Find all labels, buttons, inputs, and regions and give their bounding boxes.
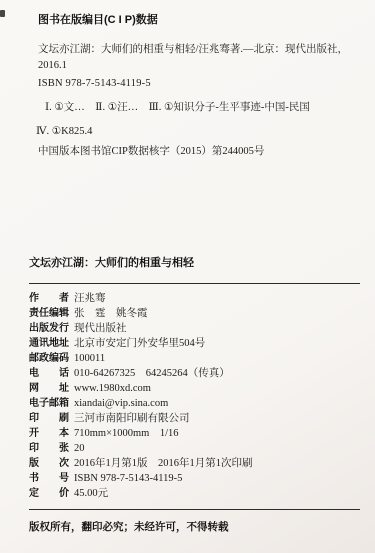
row-label: 通讯地址 — [29, 336, 69, 351]
cip-isbn-line: ISBN 978-7-5143-4119-5 — [38, 76, 361, 92]
cip-heading: 图书在版编目(C I P)数据 — [38, 12, 361, 28]
row-value: 2016年1月第1版 2016年1月第1次印刷 — [74, 456, 253, 471]
row-label: 定 价 — [29, 486, 69, 501]
row-value: 现代出版社 — [74, 321, 127, 336]
publication-info-row-edition: 版 次 2016年1月第1版 2016年1月第1次印刷 — [29, 456, 360, 471]
divider-top — [29, 283, 360, 284]
row-label: 电 话 — [29, 366, 69, 381]
row-value: www.1980xd.com — [74, 381, 151, 396]
colophon-block: 文坛亦江湖：大师们的相重与相轻 作 者 汪兆骞 责任编辑 张 霆 姚冬霞 出版发… — [29, 256, 360, 534]
publication-info-row-phone: 电 话 010-64267325 64245264（传真） — [29, 366, 360, 381]
publication-info-row-address: 通讯地址 北京市安定门外安华里504号 — [29, 336, 360, 351]
cip-classification-line-2: Ⅳ. ①K825.4 — [29, 124, 361, 140]
publication-info-row-publisher: 出版发行 现代出版社 — [29, 321, 360, 336]
publication-info-row-postcode: 邮政编码 100011 — [29, 351, 360, 366]
scan-artifact — [0, 10, 5, 17]
book-copyright-page: 图书在版编目(C I P)数据 文坛亦江湖：大师们的相重与相轻/汪兆骞著.—北京… — [0, 0, 375, 553]
row-value: 100011 — [74, 351, 105, 366]
row-label: 出版发行 — [29, 321, 69, 336]
cip-description-line: 文坛亦江湖：大师们的相重与相轻/汪兆骞著.—北京：现代出版社，2016.1 — [38, 42, 361, 74]
row-value: xiandai@vip.sina.com — [74, 396, 168, 411]
row-label: 开 本 — [29, 426, 69, 441]
row-label: 作 者 — [29, 291, 69, 306]
publication-info-row-website: 网 址 www.1980xd.com — [29, 381, 360, 396]
row-value: 20 — [74, 441, 85, 456]
divider-bottom — [29, 509, 360, 510]
publication-info-row-editor: 责任编辑 张 霆 姚冬霞 — [29, 306, 360, 321]
publication-info-row-email: 电子邮箱 xiandai@vip.sina.com — [29, 396, 360, 411]
row-label: 书 号 — [29, 471, 69, 486]
row-value: 三河市南阳印刷有限公司 — [74, 411, 190, 426]
cip-classification-line-1: Ⅰ. ①文… Ⅱ. ①汪… Ⅲ. ①知识分子-生平事迹-中国-民国 — [38, 100, 361, 116]
publication-info-row-format: 开 本 710mm×1000mm 1/16 — [29, 426, 360, 441]
row-label: 印 张 — [29, 441, 69, 456]
publication-info-list: 作 者 汪兆骞 责任编辑 张 霆 姚冬霞 出版发行 现代出版社 通讯地址 北京市… — [29, 291, 360, 501]
publication-info-row-price: 定 价 45.00元 — [29, 486, 360, 501]
row-value: 45.00元 — [74, 486, 108, 501]
row-value: 710mm×1000mm 1/16 — [74, 426, 179, 441]
cip-registry-line: 中国版本图书馆CIP数据核字（2015）第244005号 — [38, 144, 361, 160]
row-value: 北京市安定门外安华里504号 — [74, 336, 205, 351]
cip-block: 图书在版编目(C I P)数据 文坛亦江湖：大师们的相重与相轻/汪兆骞著.—北京… — [38, 12, 361, 160]
row-label: 版 次 — [29, 456, 69, 471]
publication-info-row-isbn: 书 号 ISBN 978-7-5143-4119-5 — [29, 471, 360, 486]
row-label: 电子邮箱 — [29, 396, 69, 411]
row-label: 责任编辑 — [29, 306, 69, 321]
row-value: 张 霆 姚冬霞 — [74, 306, 148, 321]
row-value: 汪兆骞 — [74, 291, 106, 306]
row-label: 印 刷 — [29, 411, 69, 426]
publication-info-row-sheets: 印 张 20 — [29, 441, 360, 456]
copyright-notice: 版权所有，翻印必究；未经许可，不得转载 — [29, 519, 360, 534]
publication-info-row-author: 作 者 汪兆骞 — [29, 291, 360, 306]
row-label: 邮政编码 — [29, 351, 69, 366]
row-value: 010-64267325 64245264（传真） — [74, 366, 230, 381]
publication-info-row-printer: 印 刷 三河市南阳印刷有限公司 — [29, 411, 360, 426]
book-title: 文坛亦江湖：大师们的相重与相轻 — [29, 256, 360, 270]
row-label: 网 址 — [29, 381, 69, 396]
row-value: ISBN 978-7-5143-4119-5 — [74, 471, 182, 486]
